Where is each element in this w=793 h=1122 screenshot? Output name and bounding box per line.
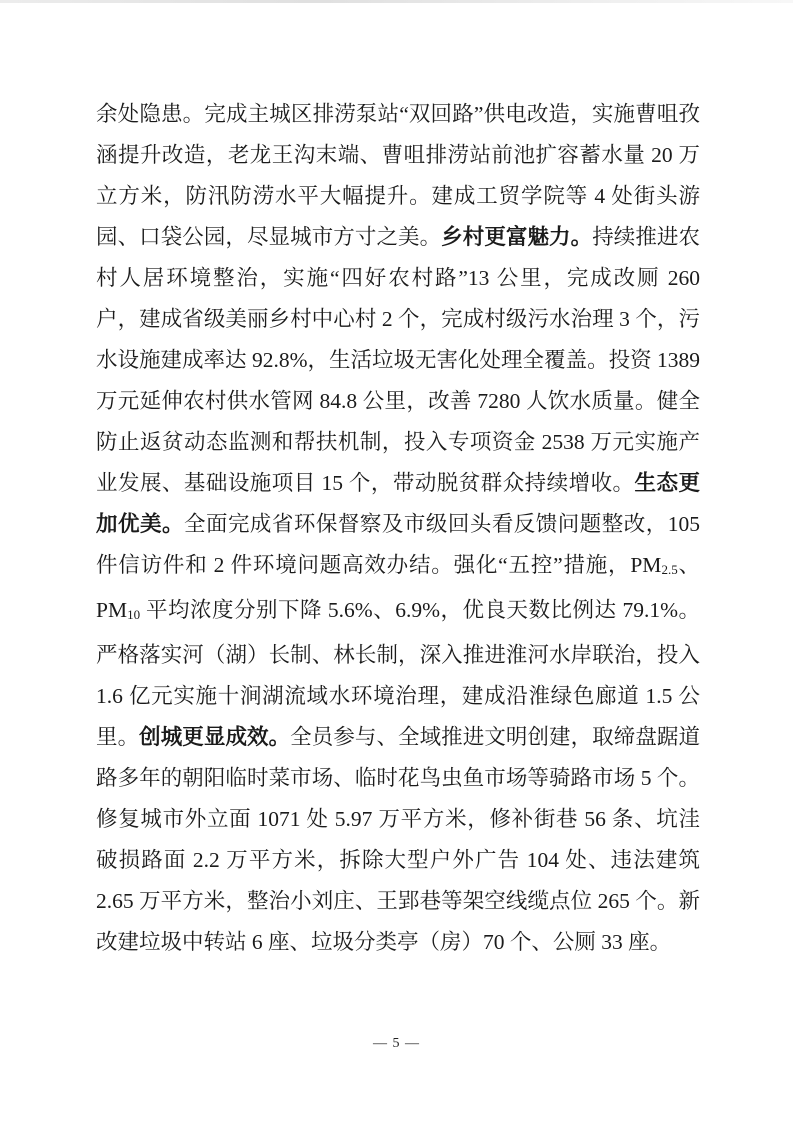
report-paragraph: 余处隐患。完成主城区排涝泵站“双回路”供电改造，实施曹咀孜涵提升改造，老龙王沟末… [96, 94, 700, 963]
text-run: 全面完成省环保督察及市级回头看反馈问题整改，105 件信访件和 2 件环境问题高… [96, 512, 700, 577]
pm10-subscript: 10 [127, 607, 140, 622]
page-footer: — 5 — [0, 1036, 793, 1052]
document-page-body: 余处隐患。完成主城区排涝泵站“双回路”供电改造，实施曹咀孜涵提升改造，老龙王沟末… [96, 94, 700, 963]
subheading-rural-charm: 乡村更富魅力。 [441, 225, 592, 249]
page-number: — 5 — [373, 1036, 420, 1051]
scan-edge-artifact [0, 0, 793, 3]
text-run: 持续推进农村人居环境整治，实施“四好农村路”13 公里，完成改厕 260 户，建… [96, 225, 700, 495]
pm25-subscript: 2.5 [661, 562, 677, 577]
subheading-city-creation: 创城更显成效。 [139, 725, 290, 749]
text-run: 全员参与、全域推进文明创建，取缔盘踞道路多年的朝阳临时菜市场、临时花鸟虫鱼市场等… [96, 725, 700, 954]
